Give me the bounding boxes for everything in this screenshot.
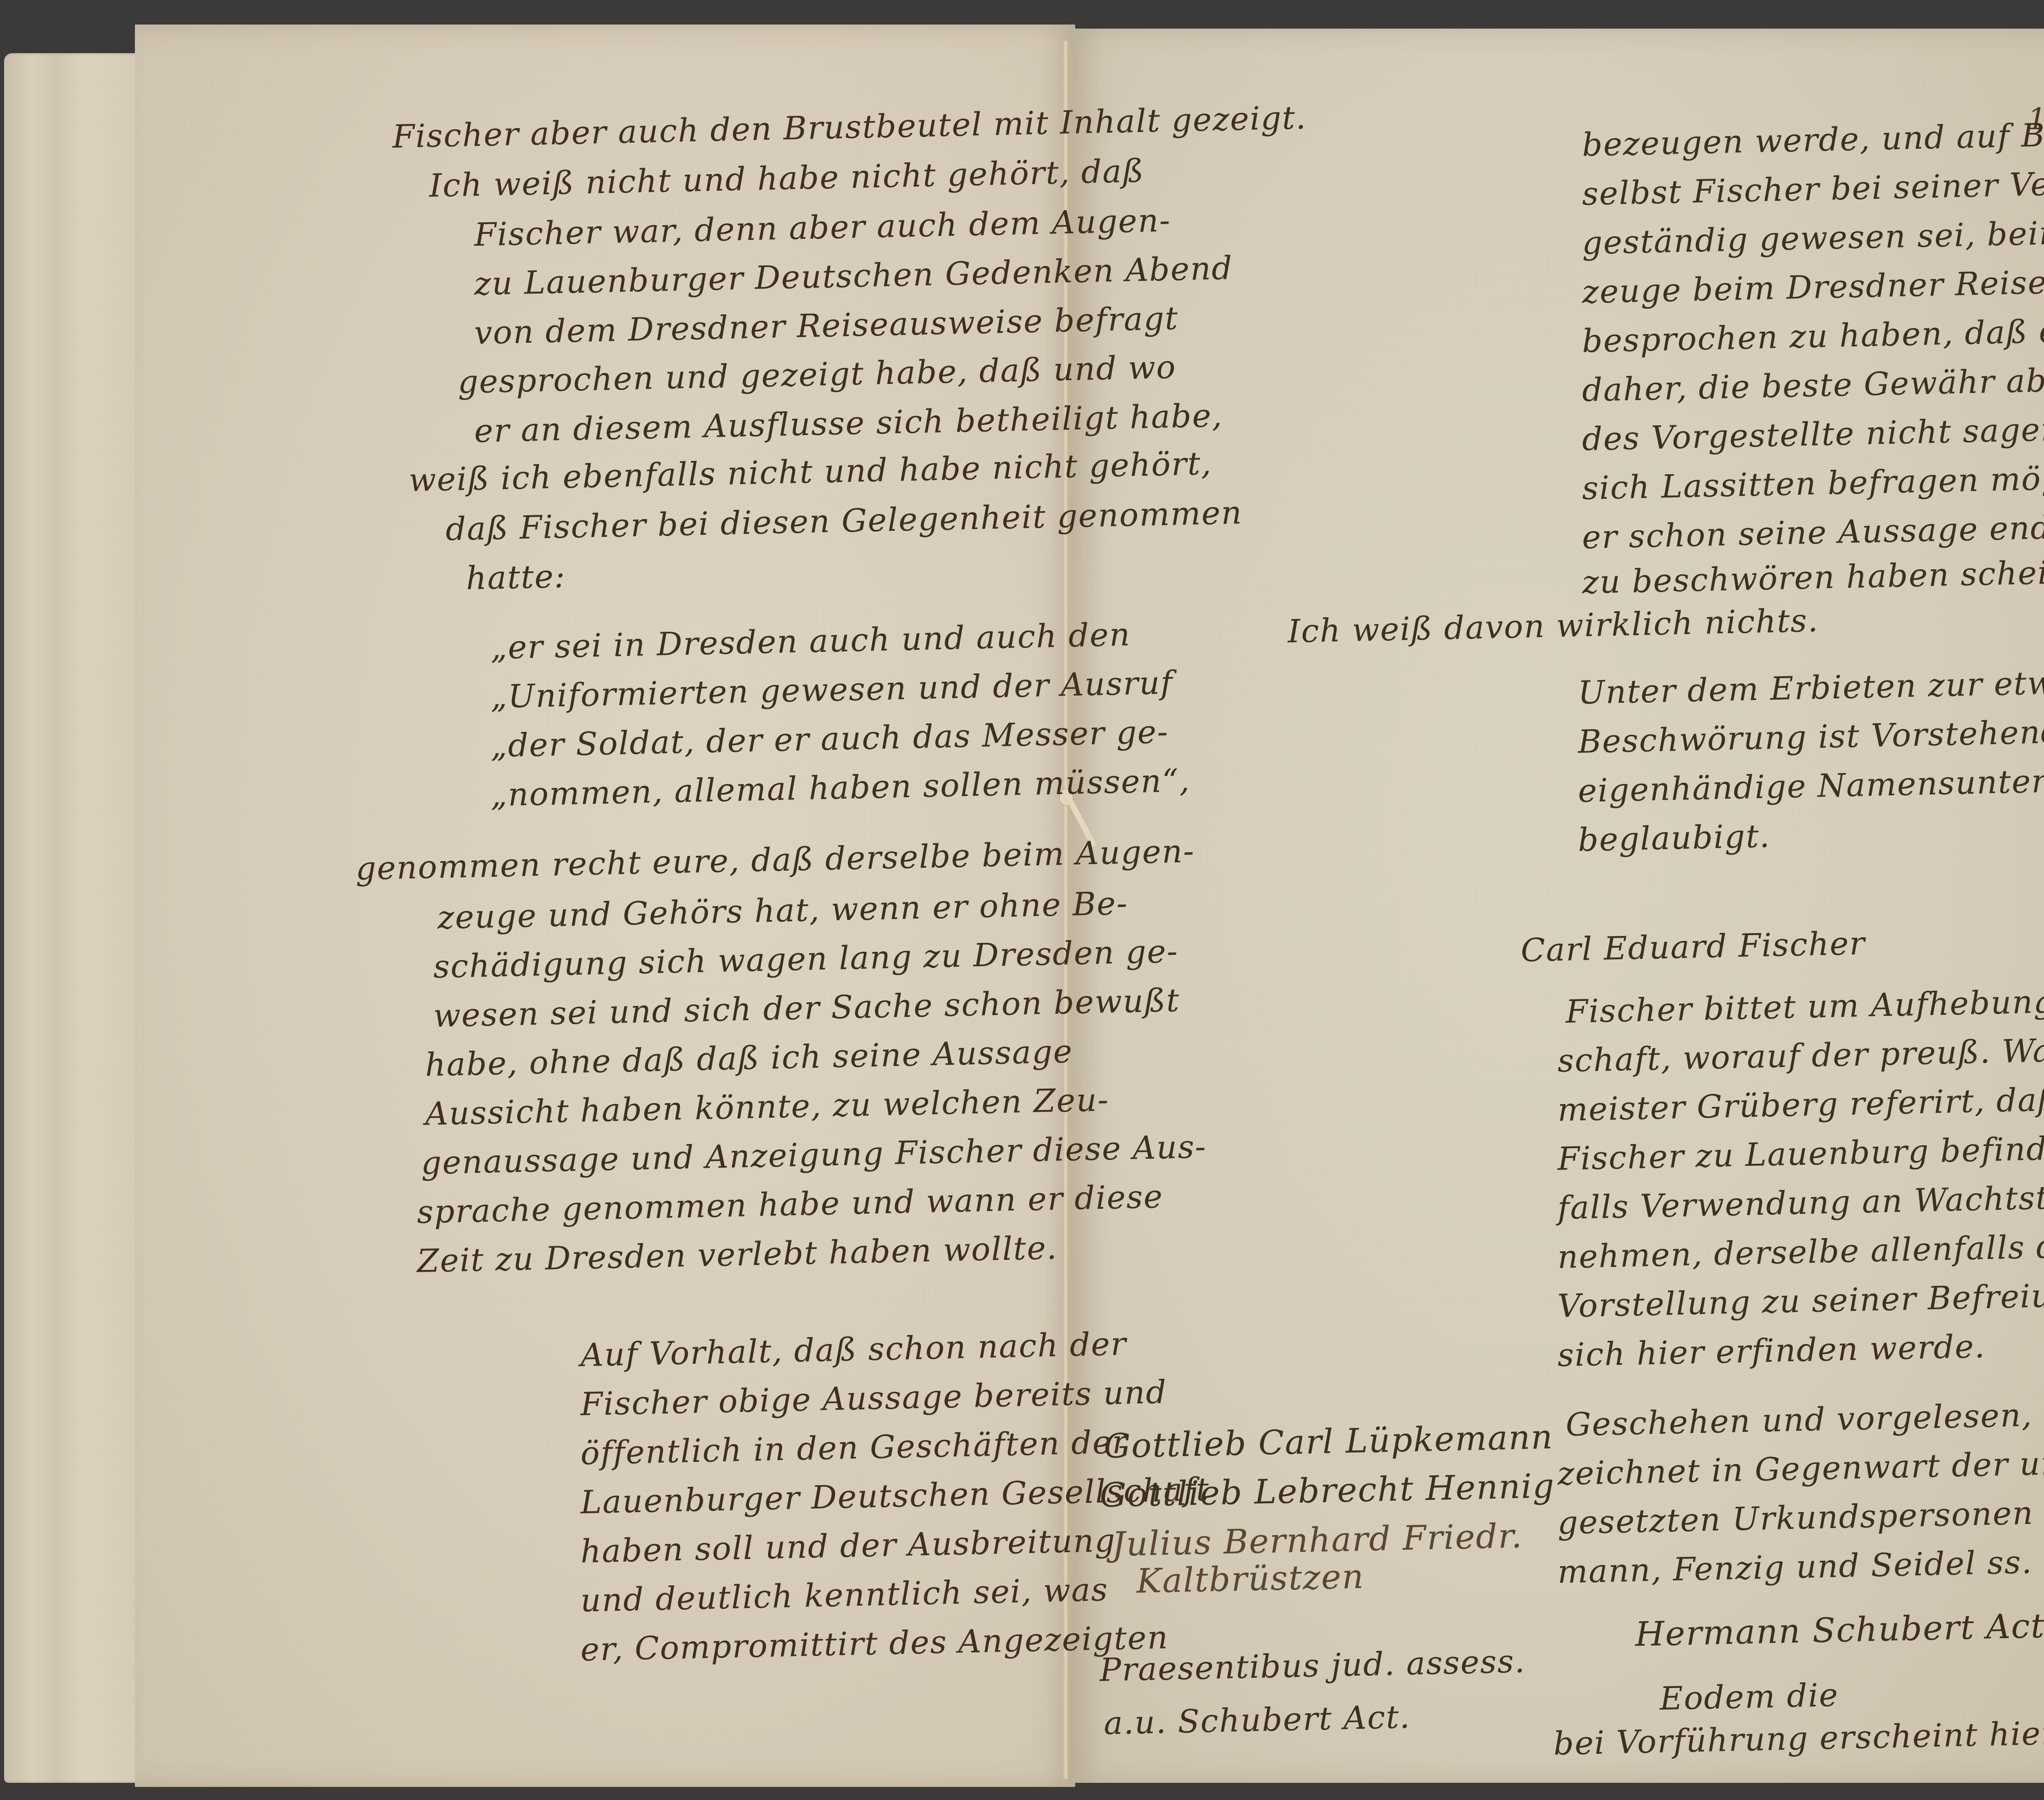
witness-signature: Kaltbrüstzen [1136, 1557, 1365, 1601]
left-line: hatte: [466, 558, 566, 597]
left-page-stack-edge [4, 53, 151, 1783]
actuary-line: a.u. Schubert Act. [1103, 1699, 1411, 1742]
attestation-line: beglaubigt. [1578, 818, 1771, 859]
section-heading: Carl Eduard Fischer [1520, 925, 1866, 969]
eodem-die: Eodem die [1659, 1677, 1839, 1717]
open-book: 14. Fischer aber auch den Brustbeutel mi… [0, 0, 2044, 1800]
